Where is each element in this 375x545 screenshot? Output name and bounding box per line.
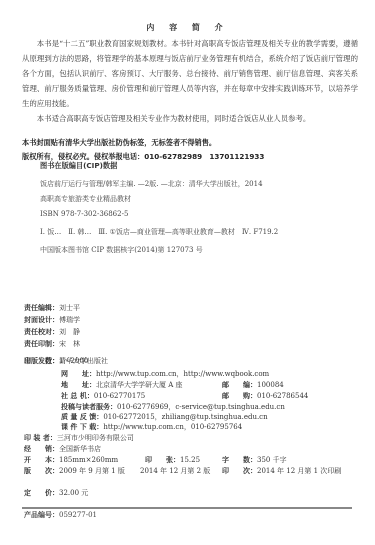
printing-info-extra: 印 数：1～2000 定 价：32.00 元 (0, 0, 375, 545)
price-label: 定 价： (24, 489, 59, 497)
copies-value: 1～2000 (59, 357, 88, 365)
product-code-label: 产品编号： (24, 511, 59, 519)
divider (22, 507, 352, 509)
product-code-value: 059277-01 (59, 511, 97, 519)
product-code: 产品编号：059277-01 (24, 511, 97, 519)
price-value: 32.00 元 (59, 489, 88, 497)
copies-label: 印 数： (24, 357, 59, 365)
